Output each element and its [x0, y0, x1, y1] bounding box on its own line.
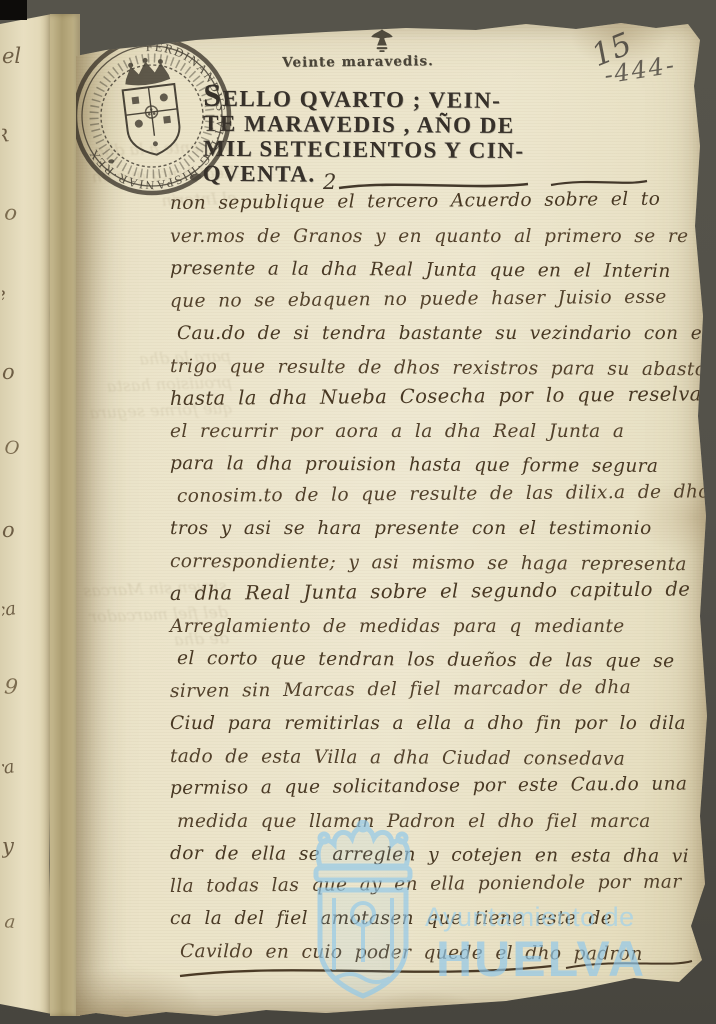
margin-fragment: ra [2, 753, 48, 838]
manuscript-line: ver.mos de Granos y en quanto al primero… [170, 221, 698, 254]
archived-manuscript-scan: elRoeoOoca9raya presente a la dha Real J… [0, 0, 716, 1024]
manuscript-line: medida que llaman Padron el dho fiel mar… [177, 806, 698, 839]
margin-fragments: elRoeoOoca9raya [2, 44, 48, 992]
manuscript-line: non sepublique el tercero Acuerdo sobre … [170, 183, 698, 220]
margin-fragment: R [2, 121, 48, 206]
manuscript-line: conosim.to de lo que resulte de las dili… [177, 476, 698, 513]
manuscript-body: non sepublique el tercero Acuerdo sobre … [170, 188, 698, 968]
manuscript-line: ca la del fiel amotasen que tiene este d… [170, 903, 698, 936]
manuscript-line: sirven sin Marcas del fiel marcador de d… [170, 671, 698, 708]
manuscript-line: que no se ebaquen no puede haser Juisio … [170, 281, 698, 318]
manuscript-line: Cau.do de si tendra bastante su vezindar… [177, 318, 698, 351]
margin-fragment: o [2, 360, 48, 439]
margin-fragment: o [2, 518, 48, 597]
previous-page-edge: elRoeoOoca9raya [0, 14, 52, 1014]
manuscript-line: tros y asi se hara presente con el testi… [170, 513, 698, 546]
manuscript-line: permiso a que solicitandose por este Cau… [170, 768, 698, 805]
margin-fragment: o [2, 200, 48, 283]
manuscript-line: hasta la dha Nueba Cosecha por lo que re… [170, 378, 698, 415]
tax-value-line: Veinte maravedis. [268, 53, 448, 71]
printed-sello-heading: SELLO QVARTO ; VEIN-TE MARAVEDIS , AÑO D… [203, 83, 552, 188]
manuscript-line: el recurrir por aora a la dha Real Junta… [170, 416, 698, 449]
manuscript-line: lla todas las que ay en ella poniendole … [170, 866, 698, 903]
margin-fragment: a [2, 911, 48, 992]
sello-heading-line: TE MARAVEDIS , AÑO DE [203, 111, 551, 138]
margin-fragment: y [2, 834, 48, 913]
manuscript-line: Ciud para remitirlas a ella a dho fin po… [170, 708, 698, 741]
manuscript-line: a dha Real Junta sobre el segundo capitu… [170, 573, 698, 610]
binding-gutter [50, 14, 80, 1016]
closing-flourish [174, 952, 698, 986]
sello-heading-line: SELLO QVARTO ; VEIN- [203, 83, 551, 113]
margin-fragment: el [2, 44, 48, 123]
crowned-eagle-stamp-icon [368, 24, 396, 54]
margin-fragment: ca [2, 595, 48, 680]
document-page: presente a la dha Real Junta que en el I… [76, 16, 708, 1018]
scan-corner-black [0, 0, 27, 20]
manuscript-line: Arreglamiento de medidas para q mediante [170, 611, 698, 644]
margin-fragment: e [2, 279, 48, 364]
margin-fragment: O [2, 437, 48, 520]
sello-heading-line: MIL SETECIENTOS Y CIN- [203, 136, 551, 163]
margin-fragment: 9 [2, 674, 48, 757]
